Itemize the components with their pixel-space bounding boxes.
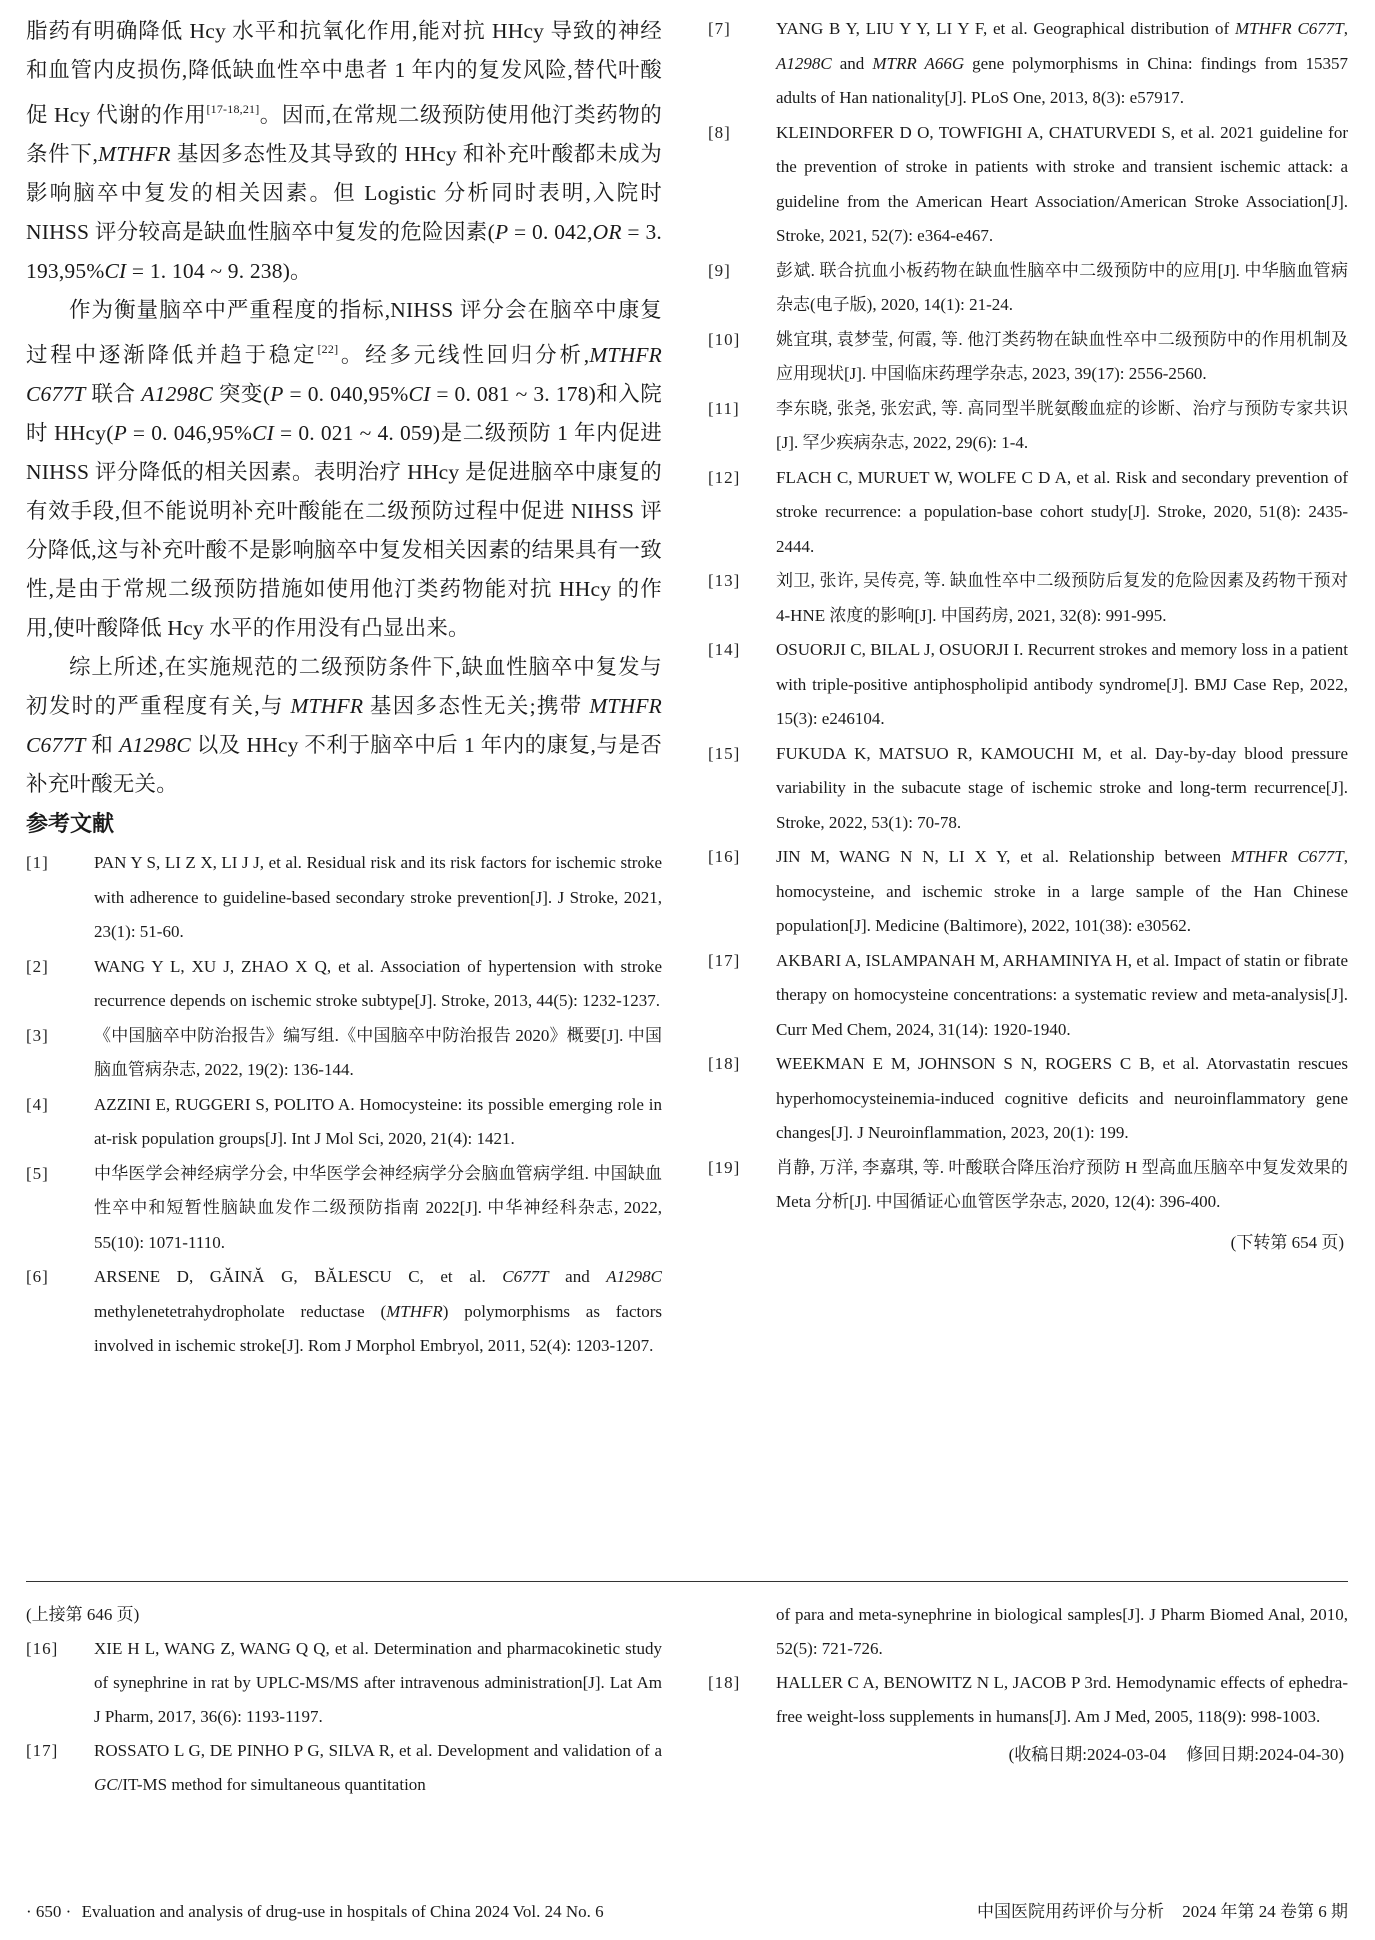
reference-number: [15] <box>708 737 776 841</box>
text: 突变( <box>213 382 270 406</box>
reference-item: [15]FUKUDA K, MATSUO R, KAMOUCHI M, et a… <box>708 737 1348 841</box>
reference-number: [17] <box>26 1734 94 1802</box>
reference-number: [6] <box>26 1260 94 1364</box>
gene-name: MTHFR <box>291 694 364 718</box>
citation-superscript: [17-18,21] <box>206 102 259 116</box>
text: 联合 <box>86 382 142 406</box>
reference-item: [5]中华医学会神经病学分会, 中华医学会神经病学分会脑血管病学组. 中国缺血性… <box>26 1157 662 1261</box>
reference-item: [16]JIN M, WANG N N, LI X Y, et al. Rela… <box>708 840 1348 944</box>
gene-name: A1298C <box>776 54 832 73</box>
reference-number: [18] <box>708 1047 776 1151</box>
reference-text: XIE H L, WANG Z, WANG Q Q, et al. Determ… <box>94 1632 662 1734</box>
left-column: 脂药有明确降低 Hcy 水平和抗氧化作用,能对抗 HHcy 导致的神经和血管内皮… <box>26 12 662 1364</box>
journal-title-cn: 中国医院用药评价与分析 <box>977 1902 1164 1921</box>
reference-number: [5] <box>26 1157 94 1261</box>
reference-continuation: of para and meta-synephrine in biologica… <box>708 1598 1348 1666</box>
reference-text: ROSSATO L G, DE PINHO P G, SILVA R, et a… <box>94 1734 662 1802</box>
section-divider <box>26 1581 1348 1582</box>
reference-text: 《中国脑卒中防治报告》编写组.《中国脑卒中防治报告 2020》概要[J]. 中国… <box>94 1019 662 1088</box>
reference-item: [18]WEEKMAN E M, JOHNSON S N, ROGERS C B… <box>708 1047 1348 1151</box>
reference-item: [17]AKBARI A, ISLAMPANAH M, ARHAMINIYA H… <box>708 944 1348 1048</box>
journal-issue-cn: 2024 年第 24 卷第 6 期 <box>1182 1902 1348 1921</box>
reference-number: [12] <box>708 461 776 565</box>
reference-text: KLEINDORFER D O, TOWFIGHI A, CHATURVEDI … <box>776 116 1348 254</box>
reference-item: [16]XIE H L, WANG Z, WANG Q Q, et al. De… <box>26 1632 662 1734</box>
reference-item: [1]PAN Y S, LI Z X, LI J J, et al. Resid… <box>26 846 662 950</box>
text: = 0. 042, <box>508 220 592 244</box>
reference-text: 中华医学会神经病学分会, 中华医学会神经病学分会脑血管病学组. 中国缺血性卒中和… <box>94 1157 662 1261</box>
text: ARSENE D, GĂINĂ G, BĂLESCU C, et al. <box>94 1267 502 1286</box>
reference-text: JIN M, WANG N N, LI X Y, et al. Relation… <box>776 840 1348 944</box>
gene-name: C677T <box>502 1267 548 1286</box>
article-dates: (收稿日期:2024-03-04修回日期:2024-04-30) <box>708 1738 1348 1772</box>
received-date: (收稿日期:2024-03-04 <box>1009 1745 1167 1764</box>
footer-right: 中国医院用药评价与分析 2024 年第 24 卷第 6 期 <box>977 1900 1348 1924</box>
stat-symbol: CI <box>104 259 126 283</box>
reference-number: [2] <box>26 950 94 1019</box>
reference-number: [1] <box>26 846 94 950</box>
reference-text: FLACH C, MURUET W, WOLFE C D A, et al. R… <box>776 461 1348 565</box>
continued-article-right: of para and meta-synephrine in biologica… <box>708 1598 1348 1772</box>
reference-item: [9]彭斌. 联合抗血小板药物在缺血性脑卒中二级预防中的应用[J]. 中华脑血管… <box>708 254 1348 323</box>
stat-symbol: P <box>270 382 283 406</box>
reference-number: [18] <box>708 1666 776 1734</box>
reference-text: ARSENE D, GĂINĂ G, BĂLESCU C, et al. C67… <box>94 1260 662 1364</box>
body-paragraph-1: 脂药有明确降低 Hcy 水平和抗氧化作用,能对抗 HHcy 导致的神经和血管内皮… <box>26 12 662 291</box>
text: , <box>1344 19 1348 38</box>
reference-item: [8]KLEINDORFER D O, TOWFIGHI A, CHATURVE… <box>708 116 1348 254</box>
right-column: [7]YANG B Y, LIU Y Y, LI Y F, et al. Geo… <box>708 12 1348 1260</box>
reference-text: WEEKMAN E M, JOHNSON S N, ROGERS C B, et… <box>776 1047 1348 1151</box>
method-name: GC <box>94 1775 118 1794</box>
reference-text: HALLER C A, BENOWITZ N L, JACOB P 3rd. H… <box>776 1666 1348 1734</box>
stat-symbol: OR <box>593 220 622 244</box>
gene-name: A1298C <box>119 733 191 757</box>
text: JIN M, WANG N N, LI X Y, et al. Relation… <box>776 847 1231 866</box>
citation-superscript: [22] <box>317 342 338 356</box>
gene-name: MTHFR <box>386 1302 443 1321</box>
reference-number: [14] <box>708 633 776 737</box>
footer-left: · 650 · Evaluation and analysis of drug-… <box>26 1900 604 1924</box>
reference-text: AKBARI A, ISLAMPANAH M, ARHAMINIYA H, et… <box>776 944 1348 1048</box>
reference-item: [11]李东晓, 张尧, 张宏武, 等. 高同型半胱氨酸血症的诊断、治疗与预防专… <box>708 392 1348 461</box>
text: /IT-MS method for simultaneous quantitat… <box>118 1775 426 1794</box>
text: YANG B Y, LIU Y Y, LI Y F, et al. Geogra… <box>776 19 1235 38</box>
gene-name: A1298C <box>606 1267 662 1286</box>
stat-symbol: P <box>495 220 508 244</box>
reference-item: [18]HALLER C A, BENOWITZ N L, JACOB P 3r… <box>708 1666 1348 1734</box>
reference-text: 彭斌. 联合抗血小板药物在缺血性脑卒中二级预防中的应用[J]. 中华脑血管病杂志… <box>776 254 1348 323</box>
body-paragraph-2: 作为衡量脑卒中严重程度的指标,NIHSS 评分会在脑卒中康复过程中逐渐降低并趋于… <box>26 291 662 648</box>
reference-number: [17] <box>708 944 776 1048</box>
page-footer: · 650 · Evaluation and analysis of drug-… <box>26 1900 1348 1924</box>
reference-number: [16] <box>26 1632 94 1734</box>
reference-text: 姚宜琪, 袁梦莹, 何霞, 等. 他汀类药物在缺血性卒中二级预防中的作用机制及应… <box>776 323 1348 392</box>
reference-item: [4]AZZINI E, RUGGERI S, POLITO A. Homocy… <box>26 1088 662 1157</box>
reference-item: [13]刘卫, 张许, 吴传亮, 等. 缺血性卒中二级预防后复发的危险因素及药物… <box>708 564 1348 633</box>
reference-text: WANG Y L, XU J, ZHAO X Q, et al. Associa… <box>94 950 662 1019</box>
stat-symbol: P <box>114 421 127 445</box>
reference-text: 肖静, 万洋, 李嘉琪, 等. 叶酸联合降压治疗预防 H 型高血压脑卒中复发效果… <box>776 1151 1348 1220</box>
reference-number: [19] <box>708 1151 776 1220</box>
reference-text: AZZINI E, RUGGERI S, POLITO A. Homocyste… <box>94 1088 662 1157</box>
text: 。经多元线性回归分析, <box>338 343 589 367</box>
reference-number: [4] <box>26 1088 94 1157</box>
reference-number: [11] <box>708 392 776 461</box>
reference-number: [13] <box>708 564 776 633</box>
gene-name: MTHFR C677T <box>1235 19 1344 38</box>
reference-number: [9] <box>708 254 776 323</box>
text: = 0. 021 ~ 4. 059)是二级预防 1 年内促进 NIHSS 评分降… <box>26 421 662 640</box>
reference-item: [6]ARSENE D, GĂINĂ G, BĂLESCU C, et al. … <box>26 1260 662 1364</box>
continued-article-left: (上接第 646 页) [16]XIE H L, WANG Z, WANG Q … <box>26 1598 662 1802</box>
reference-item: [14]OSUORJI C, BILAL J, OSUORJI I. Recur… <box>708 633 1348 737</box>
reference-text: YANG B Y, LIU Y Y, LI Y F, et al. Geogra… <box>776 12 1348 116</box>
text: and <box>832 54 873 73</box>
text: methylenetetrahydropholate reductase ( <box>94 1302 386 1321</box>
continued-from-note: (上接第 646 页) <box>26 1598 662 1632</box>
body-paragraph-3: 综上所述,在实施规范的二级预防条件下,缺血性脑卒中复发与初发时的严重程度有关,与… <box>26 648 662 804</box>
reference-item: [7]YANG B Y, LIU Y Y, LI Y F, et al. Geo… <box>708 12 1348 116</box>
text: and <box>549 1267 607 1286</box>
stat-symbol: CI <box>409 382 431 406</box>
reference-text: OSUORJI C, BILAL J, OSUORJI I. Recurrent… <box>776 633 1348 737</box>
journal-title-en: Evaluation and analysis of drug-use in h… <box>82 1902 604 1921</box>
stat-symbol: CI <box>252 421 274 445</box>
reference-item: [3]《中国脑卒中防治报告》编写组.《中国脑卒中防治报告 2020》概要[J].… <box>26 1019 662 1088</box>
reference-text: 李东晓, 张尧, 张宏武, 等. 高同型半胱氨酸血症的诊断、治疗与预防专家共识[… <box>776 392 1348 461</box>
reference-text: PAN Y S, LI Z X, LI J J, et al. Residual… <box>94 846 662 950</box>
text: 基因多态性无关;携带 <box>363 694 589 718</box>
text: = 0. 040,95% <box>284 382 409 406</box>
gene-name: A1298C <box>141 382 213 406</box>
text: = 0. 046,95% <box>127 421 252 445</box>
text: = 1. 104 ~ 9. 238)。 <box>126 259 311 283</box>
reference-item: [10]姚宜琪, 袁梦莹, 何霞, 等. 他汀类药物在缺血性卒中二级预防中的作用… <box>708 323 1348 392</box>
reference-number: [16] <box>708 840 776 944</box>
text: 和 <box>86 733 120 757</box>
reference-number: [7] <box>708 12 776 116</box>
continued-to-note: (下转第 654 页) <box>708 1226 1348 1260</box>
page-number: · 650 · <box>26 1902 71 1921</box>
reference-item: [19]肖静, 万洋, 李嘉琪, 等. 叶酸联合降压治疗预防 H 型高血压脑卒中… <box>708 1151 1348 1220</box>
reference-text: FUKUDA K, MATSUO R, KAMOUCHI M, et al. D… <box>776 737 1348 841</box>
gene-name: MTHFR <box>98 142 171 166</box>
reference-item: [12]FLACH C, MURUET W, WOLFE C D A, et a… <box>708 461 1348 565</box>
revised-date: 修回日期:2024-04-30) <box>1186 1745 1344 1764</box>
reference-number: [3] <box>26 1019 94 1088</box>
gene-name: MTRR A66G <box>872 54 964 73</box>
reference-item: [2]WANG Y L, XU J, ZHAO X Q, et al. Asso… <box>26 950 662 1019</box>
reference-number: [8] <box>708 116 776 254</box>
reference-number: [10] <box>708 323 776 392</box>
references-heading: 参考文献 <box>26 806 662 844</box>
reference-item: [17]ROSSATO L G, DE PINHO P G, SILVA R, … <box>26 1734 662 1802</box>
gene-name: MTHFR C677T <box>1231 847 1344 866</box>
reference-text: 刘卫, 张许, 吴传亮, 等. 缺血性卒中二级预防后复发的危险因素及药物干预对 … <box>776 564 1348 633</box>
text: ROSSATO L G, DE PINHO P G, SILVA R, et a… <box>94 1741 662 1760</box>
